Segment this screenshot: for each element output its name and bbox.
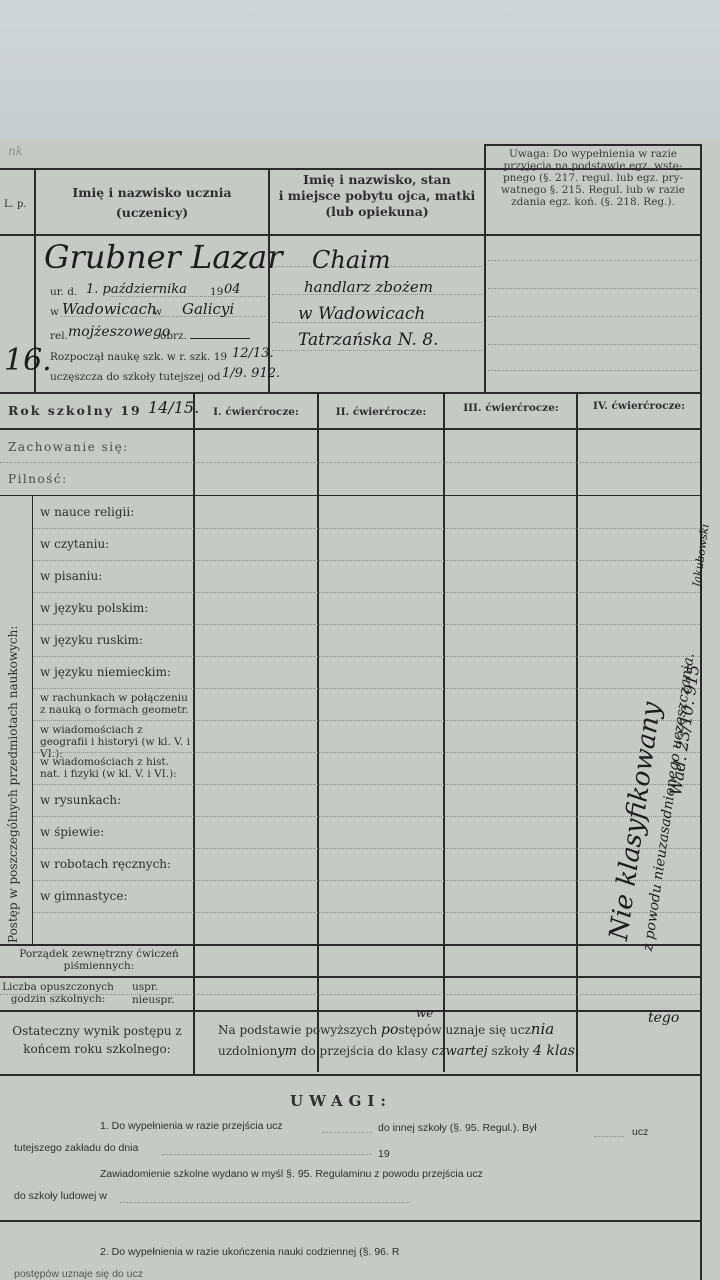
handwriting: czwartej [432, 1044, 488, 1059]
fill-line [488, 370, 698, 371]
subject-label: w wiadomościach z hist. nat. i fizyki (w… [40, 756, 190, 780]
final-text-line-2: uzdolnionym do przejścia do klasy czwart… [218, 1044, 579, 1059]
quarter-1-header: I. ćwierćrocze: [194, 406, 318, 418]
row-line [0, 462, 700, 463]
missed-hours-label: Liczba opuszczonych godzin szkolnych: [2, 981, 114, 1005]
handwriting-tego: tego [648, 1010, 679, 1026]
progress-group-label: Postęp w poszczególnych przedmiotach nau… [6, 626, 20, 943]
birth-year: 04 [224, 282, 241, 297]
subject-label: w nauce religii: [40, 505, 190, 519]
fill-line [488, 288, 698, 289]
quarter-4-header: IV. ćwierćrocze: [578, 400, 700, 412]
subject-label: w rysunkach: [40, 793, 190, 807]
text: szkoły [492, 1044, 530, 1058]
remarks-p1g: do szkoły ludowej w [14, 1190, 107, 1202]
margin-mark: nk [8, 144, 23, 158]
remarks-p1b: do innej szkoły (§. 95. Regul.). Był [378, 1122, 537, 1134]
rule [0, 1220, 700, 1222]
parent-name: Chaim [312, 246, 391, 274]
subject-label: w śpiewie: [40, 825, 190, 839]
text: do przejścia do klasy [301, 1044, 428, 1058]
background [0, 0, 720, 140]
quarter-3-header: III. ćwierćrocze: [444, 402, 578, 414]
handwriting: ym [277, 1044, 297, 1059]
rule [484, 144, 700, 146]
row-line [33, 880, 700, 881]
student-number: 16. [4, 343, 52, 378]
remarks-title: UWAGI: [290, 1094, 392, 1108]
behaviour-label: Zachowanie się: [8, 440, 129, 454]
note-line: zdania egz. koń. (§. 218. Reg.). [490, 196, 696, 208]
rite-label: obrz. [160, 330, 187, 342]
fill-line [488, 316, 698, 317]
school-year-label: Rok szkolny 19 [8, 404, 142, 418]
admission-note-header: Uwaga: Do wypełnienia w razie przyjęcia … [490, 148, 696, 208]
row-line [33, 656, 700, 657]
rite-blank [190, 338, 250, 339]
born-year-printed: 19 [210, 286, 223, 298]
row-line [33, 912, 700, 913]
final-result-label: Ostateczny wynik postępu z końcem roku s… [4, 1022, 190, 1058]
subject-label: w robotach ręcznych: [40, 857, 190, 871]
student-name-header: Imię i nazwisko ucznia (uczenicy) [36, 186, 268, 220]
row-line [33, 688, 700, 689]
row-line [33, 560, 700, 561]
fill-line [120, 1202, 410, 1203]
row-line [33, 752, 700, 753]
final-text-line-1: Na podstawie powyższych postępów uznaje … [218, 1022, 554, 1037]
religion-label: rel. [50, 330, 68, 342]
text: Na podstawie powyższych [218, 1023, 377, 1037]
attends-since: 1/9. 912. [222, 366, 280, 381]
parent-town: w Wadowicach [298, 304, 425, 324]
rule [317, 392, 319, 1072]
subject-label: w czytaniu: [40, 537, 190, 551]
subject-label: w rachunkach w połączeniu z nauką o form… [40, 692, 190, 716]
handwriting: nia [531, 1020, 554, 1038]
subject-label: w języku ruskim: [40, 633, 190, 647]
start-label: Rozpoczął naukę szk. w r. szk. 19 [50, 351, 227, 363]
subject-label: w języku niemieckim: [40, 665, 190, 679]
rule [0, 976, 700, 978]
rule [0, 234, 700, 236]
row-line [33, 848, 700, 849]
handwriting: 4 klas. [533, 1043, 579, 1059]
rule [0, 495, 700, 496]
parent-header: Imię i nazwisko, stan i miejsce pobytu o… [270, 172, 484, 220]
rule [0, 1074, 700, 1076]
birth-place: Wadowicach [62, 300, 157, 318]
remarks-p2: 2. Do wypełnienia w razie ukończenia nau… [100, 1246, 399, 1258]
unexcused-label: nieuspr. [132, 994, 174, 1006]
rule [0, 1010, 700, 1012]
birth-district: Galicyi [182, 300, 234, 318]
parent-occupation: handlarz zbożem [304, 278, 433, 296]
handwriting-we: we [416, 1006, 433, 1020]
note-line: watnego §. 215. Regul. lub w razie [490, 184, 696, 196]
note-line: pnego (§. 217. regul. lub egz. pry- [490, 172, 696, 184]
text: uznaje się ucz [446, 1023, 531, 1037]
row-line [0, 994, 700, 995]
header-line: i miejsce pobytu ojca, matki [270, 188, 484, 204]
diligence-label: Pilność: [8, 472, 68, 486]
student-name: Grubner Lazar [44, 238, 283, 276]
handwriting: po [381, 1022, 398, 1038]
header-line: Imię i nazwisko ucznia [36, 186, 268, 200]
rule [0, 944, 700, 946]
quarter-2-header: II. ćwierćrocze: [318, 406, 444, 418]
born-label: ur. d. [50, 286, 77, 298]
rule [0, 428, 700, 430]
header-line: (uczenicy) [36, 206, 268, 220]
row-line [33, 720, 700, 721]
subject-label: w wiadomościach z geografii i historyi (… [40, 724, 190, 760]
written-order-label: Porządek zewnętrzny ćwiczeń piśmiennych: [6, 948, 192, 972]
text: stępów [398, 1023, 441, 1037]
subject-label: w pisaniu: [40, 569, 190, 583]
row-line [33, 784, 700, 785]
fill-line [594, 1136, 624, 1137]
rule [700, 144, 702, 1280]
note-line: przyjęcia na podstawie egz. wstę- [490, 160, 696, 172]
remarks-p1c: ucz [632, 1126, 648, 1138]
excused-label: uspr. [132, 981, 158, 993]
rule [443, 392, 445, 1072]
row-line [33, 592, 700, 593]
attends-label: uczęszcza do szkoły tutejszej od [50, 371, 220, 383]
lp-header: L. p. [4, 198, 27, 212]
rule [193, 1010, 195, 1074]
remarks-p1d: tutejszego zakładu do dnia [14, 1142, 138, 1154]
fill-line [162, 1154, 372, 1155]
row-line [33, 528, 700, 529]
rule [193, 392, 195, 1072]
fill-line [272, 350, 482, 351]
remarks-p1a: 1. Do wypełnienia w razie przejścia ucz [100, 1120, 283, 1132]
remarks-p1e: 19 [378, 1148, 390, 1160]
row-line [33, 624, 700, 625]
birth-date: 1. października [86, 282, 187, 297]
q4-signature: Jakubowski [690, 523, 712, 588]
fill-line [488, 260, 698, 261]
record-sheet: nk L. p. Imię i nazwisko ucznia (uczenic… [0, 138, 720, 1280]
place-label: w [50, 306, 59, 318]
header-line: Imię i nazwisko, stan [270, 172, 484, 188]
remarks-p1f: Zawiadomienie szkolne wydano w myśl §. 9… [100, 1168, 483, 1180]
rule [576, 392, 578, 1072]
religion: mojżeszowego [68, 324, 170, 340]
start-year: 12/13. [232, 346, 274, 361]
header-line: (lub opiekuna) [270, 204, 484, 220]
fill-line [488, 344, 698, 345]
rule [484, 144, 486, 392]
district-label: w [153, 306, 162, 318]
remarks-p2b: postępów uznaje się do ucz [14, 1268, 143, 1280]
subject-label: w gimnastyce: [40, 889, 190, 903]
fill-line [322, 1132, 372, 1133]
subject-label: w języku polskim: [40, 601, 190, 615]
parent-address: Tatrzańska N. 8. [298, 330, 439, 350]
rule [0, 392, 700, 394]
school-year-value: 14/15. [148, 398, 199, 417]
note-line: Uwaga: Do wypełnienia w razie [490, 148, 696, 160]
row-line [33, 816, 700, 817]
text: uzdolnion [218, 1044, 277, 1058]
